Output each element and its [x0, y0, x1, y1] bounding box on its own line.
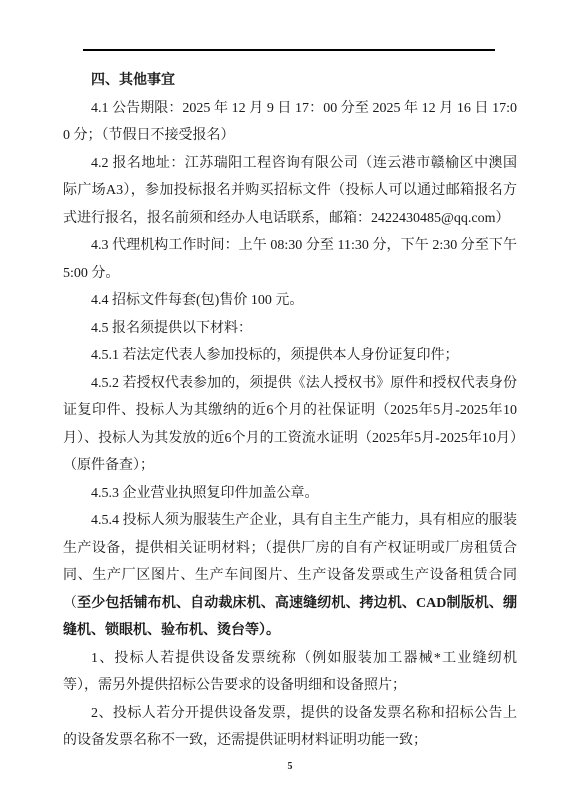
text-segment: 4.4 招标文件每套(包)售价 100 元。 — [91, 293, 303, 308]
document-page: 四、其他事宜 4.1 公告期限：2025 年 12 月 9 日 17：00 分至… — [0, 0, 580, 803]
paragraph: 4.5.2 若授权代表参加的，须提供《法人授权书》原件和授权代表身份证复印件、投… — [63, 370, 517, 480]
paragraph: 4.5.3 企业营业执照复印件加盖公章。 — [63, 480, 517, 508]
text-segment: 2、投标人若分开提供设备发票，提供的设备发票名称和招标公告上的设备发票名称不一致… — [63, 706, 517, 749]
page-number: 5 — [0, 761, 580, 772]
paragraph: 1、投标人若提供设备发票统称（例如服装加工器械*工业缝纫机等），需另外提供招标公… — [63, 645, 517, 700]
paragraph: 4.5 报名须提供以下材料： — [63, 315, 517, 343]
text-segment: 1、投标人若提供设备发票统称（例如服装加工器械*工业缝纫机等），需另外提供招标公… — [63, 651, 517, 694]
text-segment: 4.1 公告期限：2025 年 12 月 9 日 17：00 分至 2025 年… — [63, 101, 517, 144]
paragraph: 4.2 报名地址：江苏瑞阳工程咨询有限公司（连云港市赣榆区中澳国际广场A3），参… — [63, 150, 517, 233]
paragraph-list: 4.1 公告期限：2025 年 12 月 9 日 17：00 分至 2025 年… — [63, 95, 517, 755]
paragraph: 4.4 招标文件每套(包)售价 100 元。 — [63, 287, 517, 315]
section-heading: 四、其他事宜 — [63, 67, 517, 95]
document-body: 四、其他事宜 4.1 公告期限：2025 年 12 月 9 日 17：00 分至… — [63, 67, 517, 755]
text-segment: 4.5.2 若授权代表参加的，须提供《法人授权书》原件和授权代表身份证复印件、投… — [63, 376, 517, 474]
paragraph: 4.5.1 若法定代表人参加投标的，须提供本人身份证复印件； — [63, 342, 517, 370]
paragraph: 4.3 代理机构工作时间：上午 08:30 分至 11:30 分，下午 2:30… — [63, 232, 517, 287]
text-segment: 4.5 报名须提供以下材料： — [91, 321, 252, 336]
paragraph: 2、投标人若分开提供设备发票，提供的设备发票名称和招标公告上的设备发票名称不一致… — [63, 700, 517, 755]
text-segment: 4.5.3 企业营业执照复印件加盖公章。 — [91, 486, 319, 501]
text-segment: 至少包括铺布机、自动裁床机、高速缝纫机、拷边机、CAD制版机、绷缝机、锁眼机、验… — [63, 596, 517, 639]
paragraph: 4.5.4 投标人须为服装生产企业，具有自主生产能力，具有相应的服装生产设备，提… — [63, 507, 517, 645]
paragraph: 4.1 公告期限：2025 年 12 月 9 日 17：00 分至 2025 年… — [63, 95, 517, 150]
text-segment: 4.3 代理机构工作时间：上午 08:30 分至 11:30 分，下午 2:30… — [63, 238, 517, 281]
text-segment: 4.5.1 若法定代表人参加投标的，须提供本人身份证复印件； — [91, 348, 459, 363]
text-segment: 4.2 报名地址：江苏瑞阳工程咨询有限公司（连云港市赣榆区中澳国际广场A3），参… — [63, 156, 517, 226]
header-rule — [83, 49, 495, 51]
